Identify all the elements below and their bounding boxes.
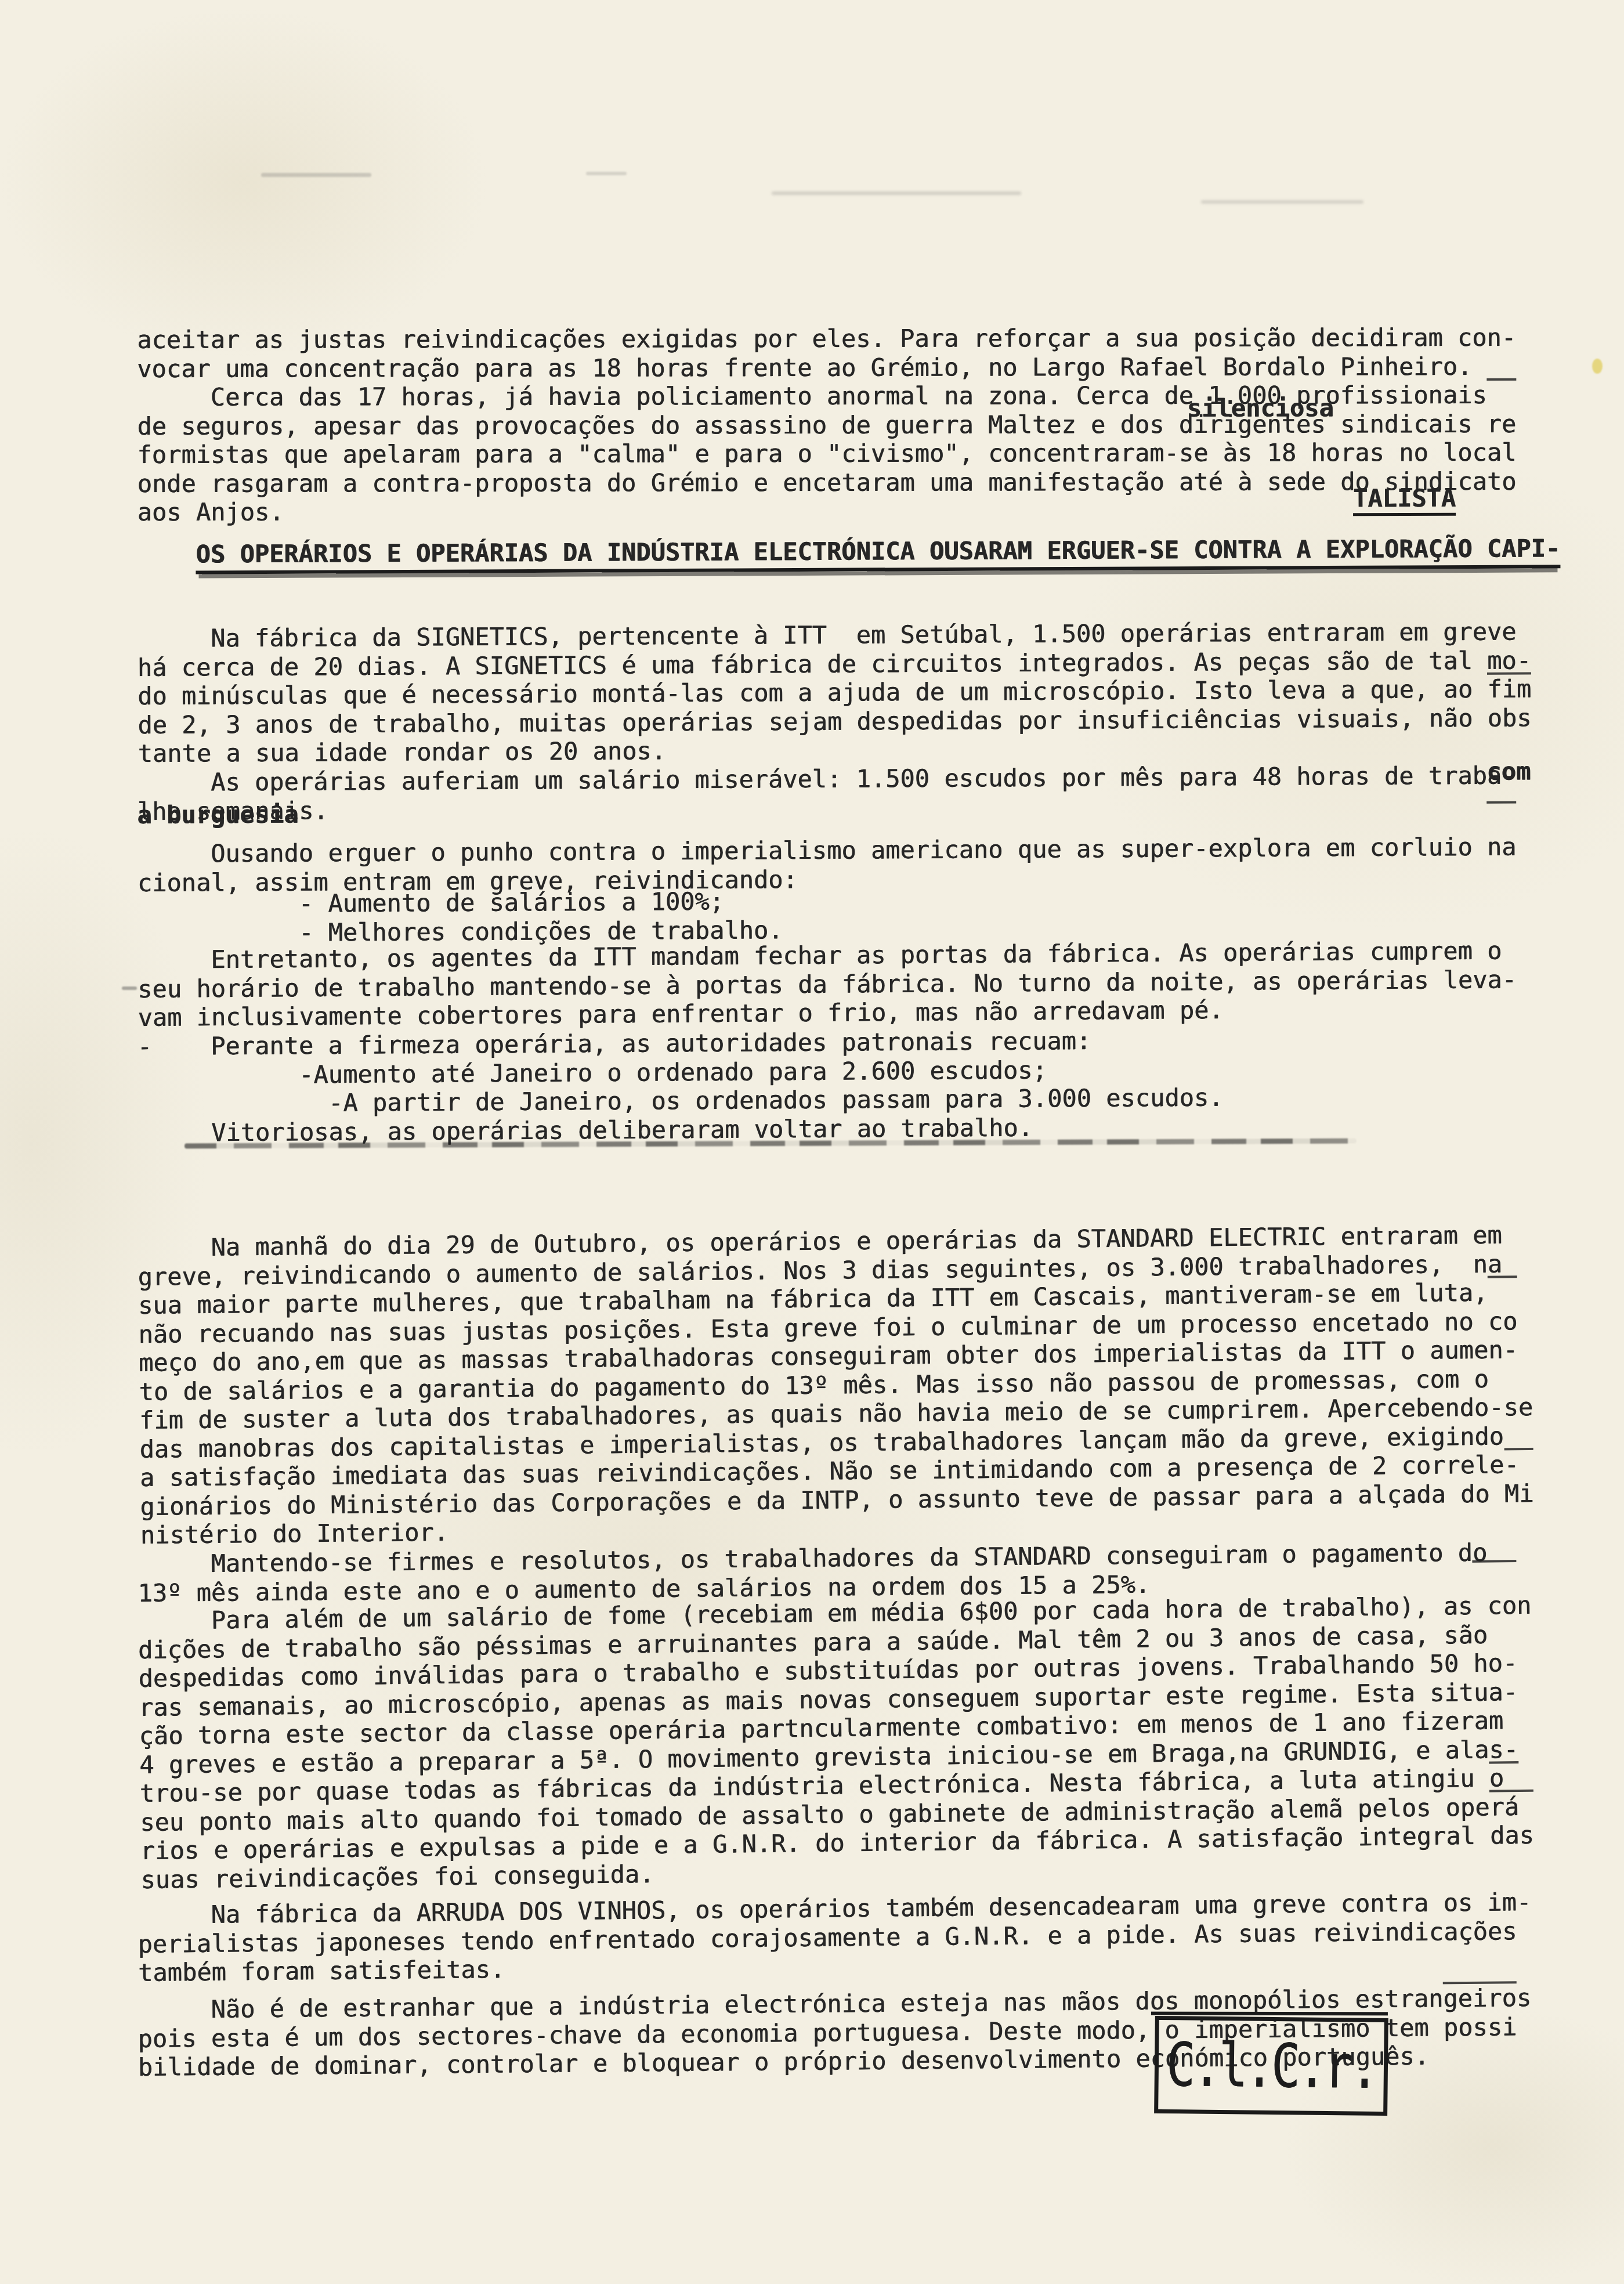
cicr-stamp-text: C.l.C.r.: [1158, 2029, 1376, 2102]
underline-mark: [1489, 1790, 1533, 1792]
underline-mark: [1504, 1447, 1533, 1450]
underline-mark: [1487, 801, 1517, 804]
scan-artifact-yellow-spot: [1592, 359, 1603, 374]
cicr-stamp: C.l.C.r.: [1154, 2016, 1388, 2116]
underline-mark: [1487, 378, 1517, 380]
scan-artifact-smudge: [122, 986, 137, 990]
underline-mark: [1489, 1761, 1519, 1764]
scan-artifact-dots: [586, 172, 627, 175]
insertion-com: com: [1486, 759, 1531, 783]
leaflet-page: aceitar as justas reivindicações exigida…: [0, 0, 1624, 2284]
paragraph-victory-text: - Perante a firmeza operária, as autorid…: [138, 1026, 1224, 1147]
scan-artifact-dash: [772, 191, 1021, 195]
insertion-silenciosa: silenciosa: [1187, 396, 1334, 420]
underline-mark: [1472, 1560, 1516, 1563]
insertion-burguesia: a burguesia: [137, 803, 298, 827]
scan-artifact-dots: [261, 173, 371, 177]
scan-artifact-dash: [1201, 200, 1363, 204]
underline-mark: [1488, 1275, 1517, 1278]
underline-mark: [1487, 672, 1531, 674]
intro-continuation-text: aceitar as justas reivindicações exigida…: [137, 323, 1517, 527]
